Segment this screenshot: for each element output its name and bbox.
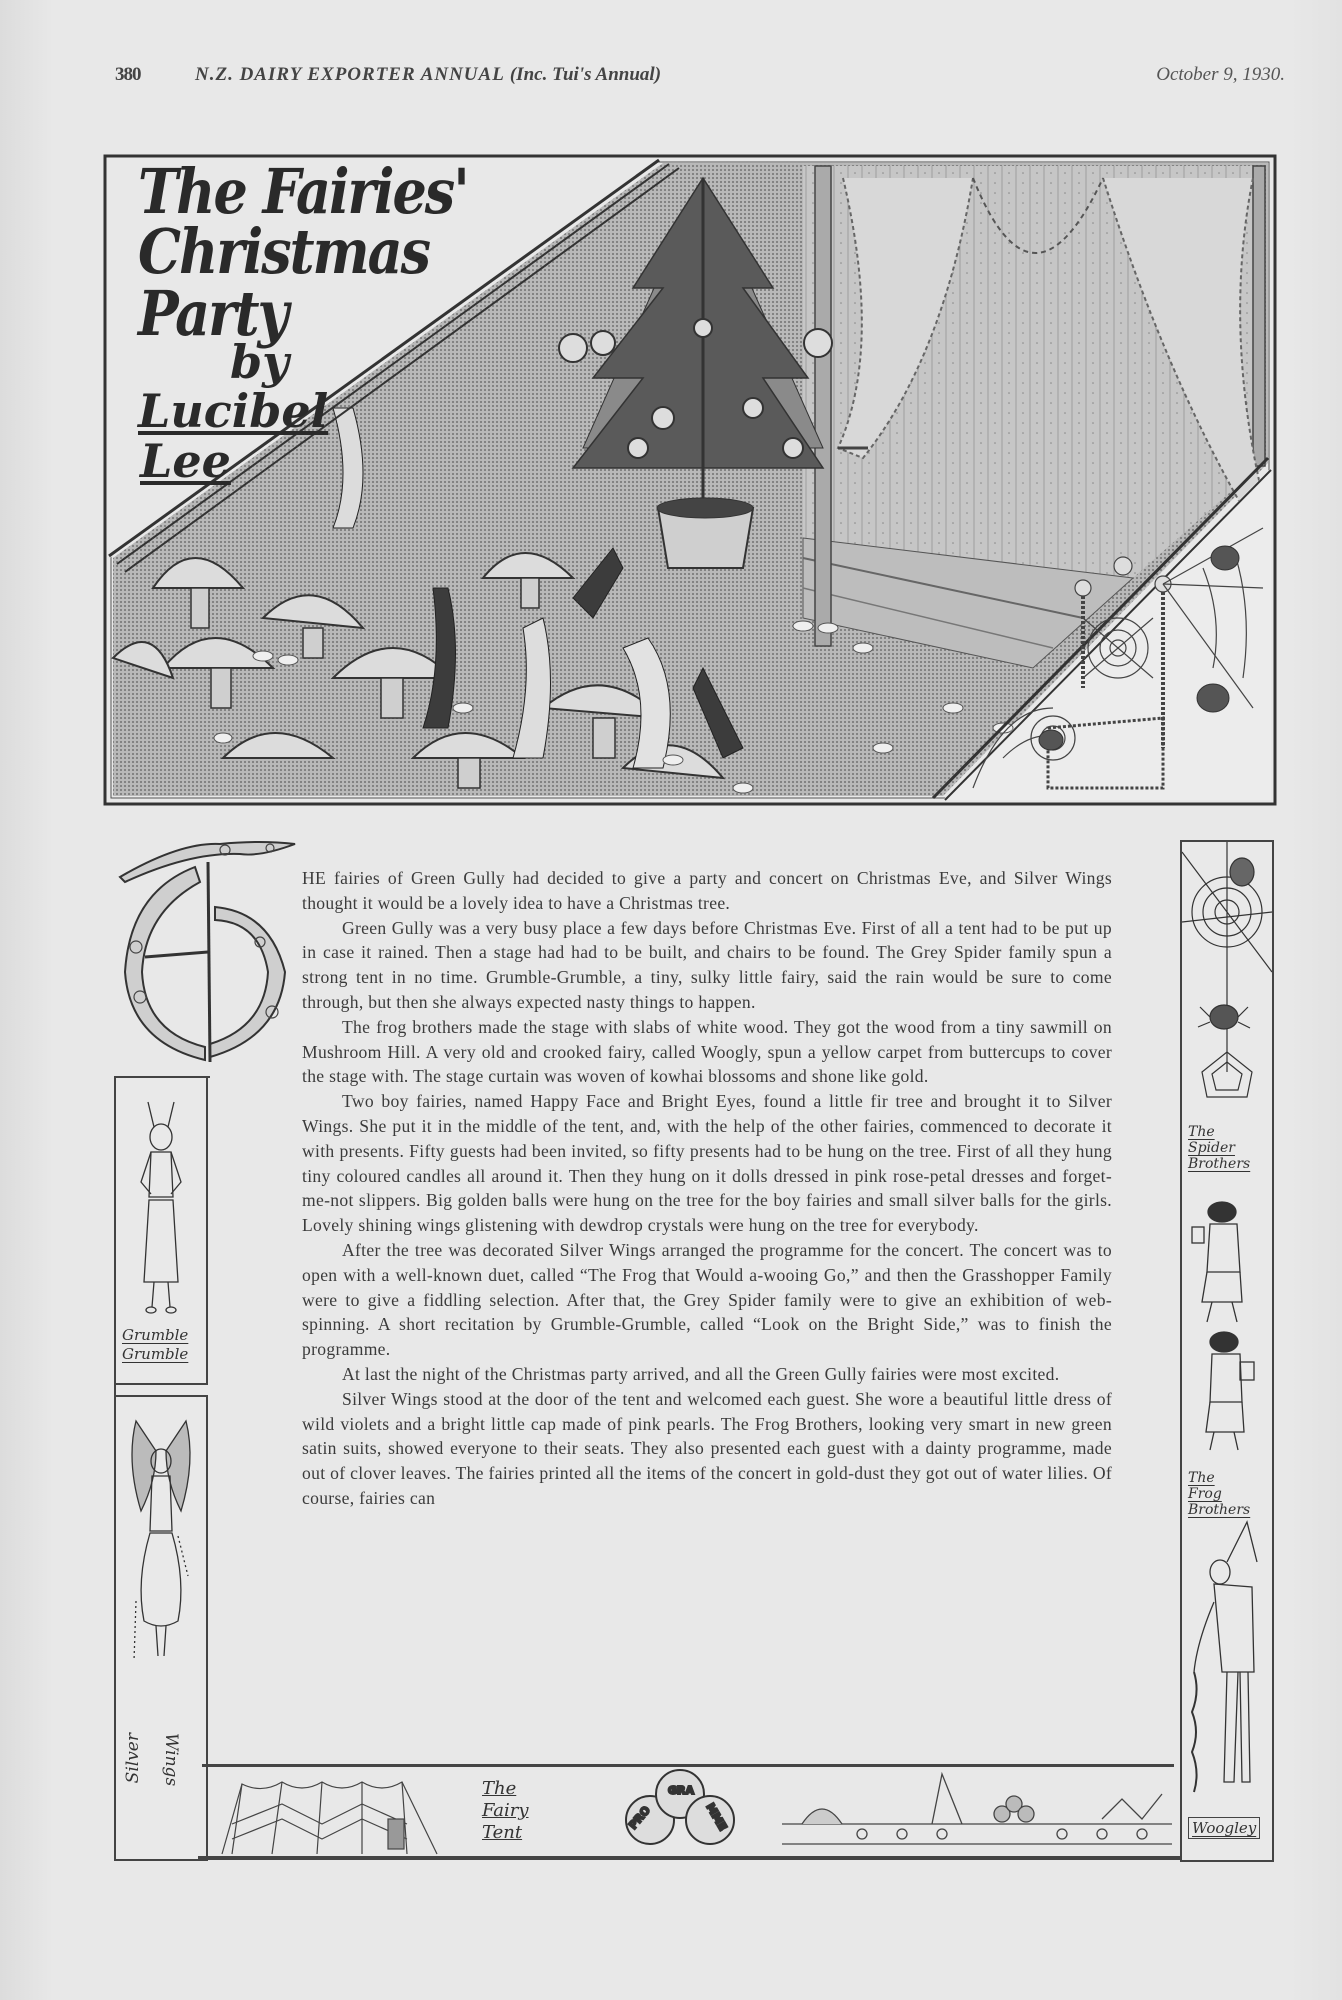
panel-silver-wings: Silver Wings (114, 1395, 208, 1861)
svg-text:GRA: GRA (668, 1784, 694, 1797)
publication-name: N.Z. DAIRY EXPORTER ANNUAL (195, 64, 504, 85)
panel-caption-silver-wings-2: Wings (162, 1733, 180, 1786)
running-head: 380 N.Z. DAIRY EXPORTER ANNUAL (Inc. Tui… (115, 62, 1285, 92)
panel-caption-silver-wings: Silver (124, 1733, 142, 1783)
article-paragraph: Silver Wings stood at the door of the te… (302, 1387, 1112, 1511)
dropcap-letter-t-icon (100, 822, 300, 1067)
panel-caption-woogley: Woogley (1188, 1817, 1260, 1839)
article-paragraph: After the tree was decorated Silver Wing… (302, 1238, 1112, 1362)
article-paragraph: Two boy fairies, named Happy Face and Br… (302, 1089, 1112, 1238)
panel-caption-frog-brothers: The Frog Brothers (1188, 1470, 1250, 1518)
strip-artwork: PRO GRA MME (202, 1764, 1174, 1856)
strip-bottom-rule (198, 1856, 1180, 1860)
article-paragraph: Green Gully was a very busy place a few … (302, 916, 1112, 1015)
title-line-1: The Fairies' (138, 160, 558, 222)
panel-caption-spider-brothers: The Spider Brothers (1188, 1124, 1250, 1172)
publication-subtitle: (Inc. Tui's Annual) (510, 64, 661, 85)
feast-table-icon (782, 1774, 1172, 1844)
silver-wings-figure-icon (116, 1401, 206, 1721)
clover-programme-icon: PRO GRA MME (626, 1770, 734, 1844)
grumble-grumble-figure-icon (116, 1082, 206, 1322)
article-paragraph: At last the night of the Christmas party… (302, 1362, 1112, 1387)
title-block: The Fairies' Christmas Party by Lucibel … (138, 160, 558, 486)
issue-date: October 9, 1930. (1156, 64, 1285, 86)
frog-brothers-figure-icon (1192, 1202, 1254, 1450)
publication-title: N.Z. DAIRY EXPORTER ANNUAL (Inc. Tui's A… (195, 64, 661, 86)
article-body: HE fairies of Green Gully had decided to… (302, 866, 1112, 1511)
panel-caption-grumble: Grumble Grumble (122, 1326, 188, 1364)
page-number: 380 (115, 64, 141, 86)
author-last-name: Lee (140, 436, 558, 486)
panel-right-column: The Spider Brothers The Frog Brothers Wo… (1180, 840, 1274, 1862)
right-column-figures (1182, 842, 1272, 1860)
bottom-decorative-strip: PRO GRA MME The Fairy Tent (202, 1764, 1174, 1864)
woogly-figure-icon (1192, 1522, 1257, 1792)
hero-illustration: The Fairies' Christmas Party by Lucibel … (103, 148, 1278, 808)
title-line-2: Christmas Party (138, 220, 558, 344)
fairy-tent-caption: The Fairy Tent (482, 1778, 529, 1844)
panel-grumble-grumble-frame: Grumble Grumble (114, 1076, 208, 1385)
article-paragraph: HE fairies of Green Gully had decided to… (302, 866, 1112, 916)
article-paragraph: The frog brothers made the stage with sl… (302, 1015, 1112, 1089)
fairy-tent-icon (222, 1782, 437, 1854)
author-first-name: Lucibel (138, 386, 558, 436)
spider-brothers-figure-icon (1182, 842, 1272, 1097)
dropcap-ornament (100, 822, 300, 1067)
